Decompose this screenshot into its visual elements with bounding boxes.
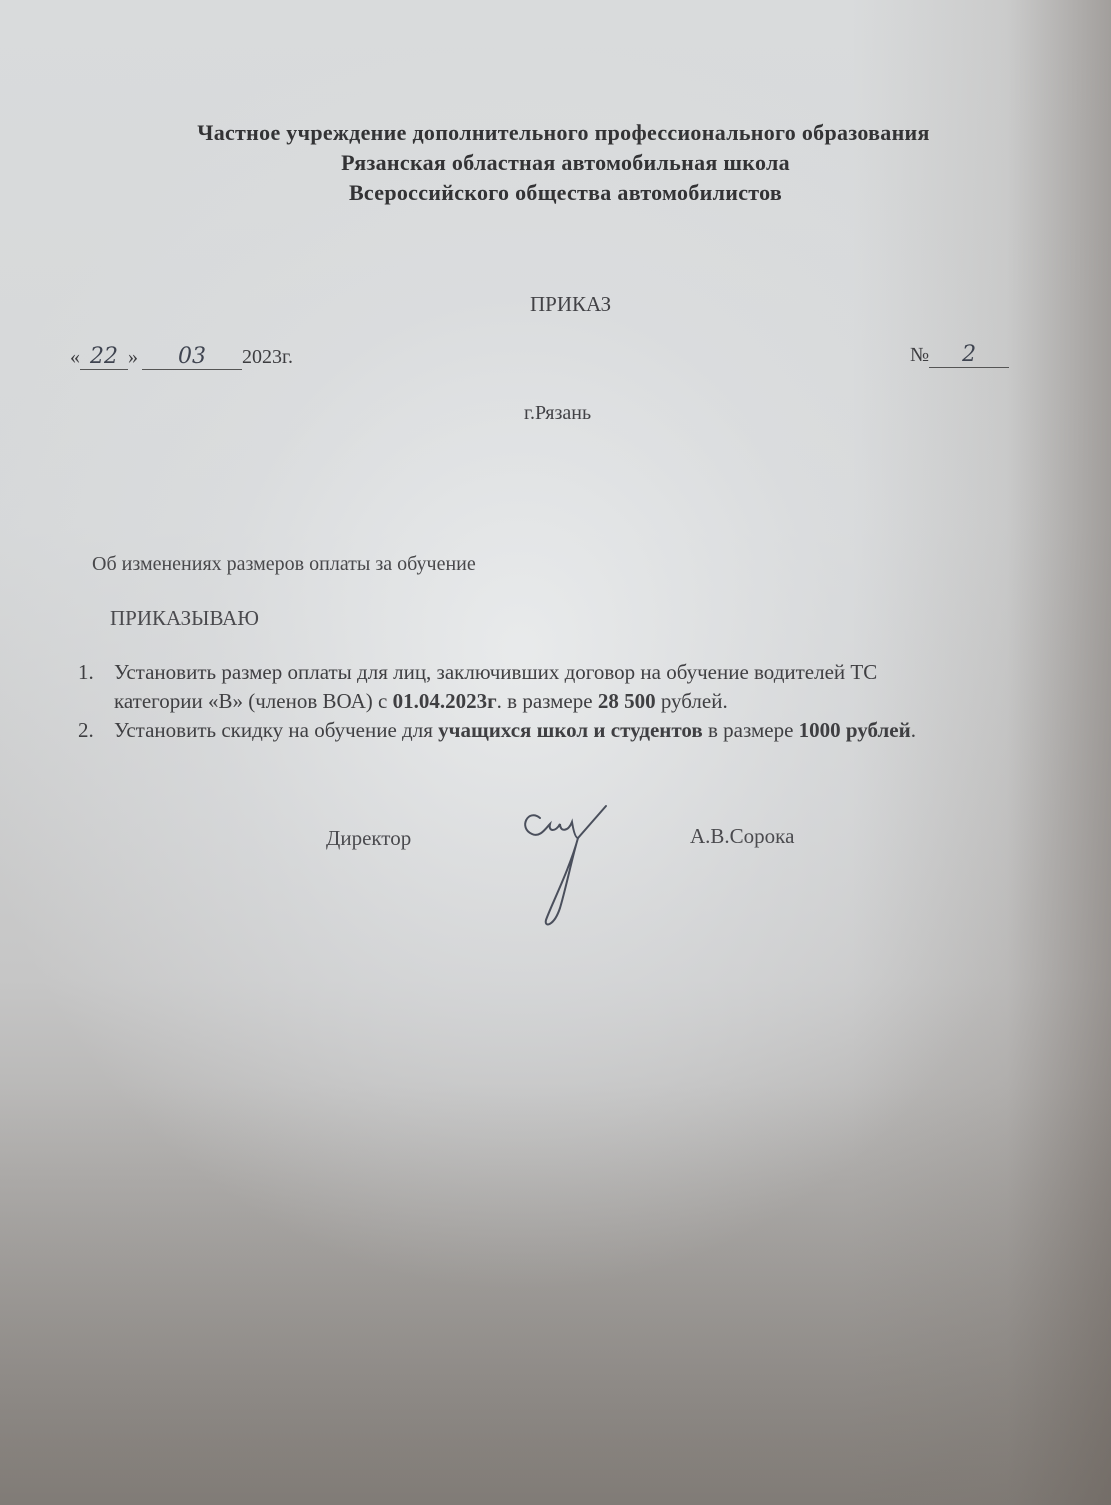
city: г.Рязань xyxy=(524,402,591,425)
discount-recipients: учащихся школ и студентов xyxy=(438,718,703,742)
item-number: 1. xyxy=(78,658,114,716)
item-text-line: рублей. xyxy=(656,689,728,713)
discount-amount: 1000 рублей xyxy=(799,718,911,742)
order-item: 1. Установить размер оплаты для лиц, зак… xyxy=(78,658,916,716)
org-name-line-2: Рязанская областная автомобильная школа xyxy=(10,150,1111,176)
order-item: 2. Установить скидку на обучение для уча… xyxy=(78,716,916,745)
item-text-line: Установить скидку на обучение для xyxy=(114,718,438,742)
item-text-line: в размере xyxy=(703,718,799,742)
effective-date: 01.04.2023г xyxy=(393,689,497,713)
number-value: 2 xyxy=(929,342,1009,368)
item-number: 2. xyxy=(78,716,114,745)
order-number: №2 xyxy=(910,342,1009,368)
order-items: 1. Установить размер оплаты для лиц, зак… xyxy=(78,658,916,745)
item-text-line: Установить размер оплаты для лиц, заключ… xyxy=(114,660,877,684)
org-name-line-1: Частное учреждение дополнительного профе… xyxy=(8,120,1111,146)
org-name-line-3: Всероссийского общества автомобилистов xyxy=(10,180,1111,206)
item-text-line: . в размере xyxy=(497,689,598,713)
signatory-role: Директор xyxy=(326,826,411,851)
item-text-line: категории «В» (членов ВОА) с xyxy=(114,689,393,713)
date-open-quote: « xyxy=(70,346,80,368)
date-year: 2023г. xyxy=(242,346,293,368)
order-subject: Об изменениях размеров оплаты за обучени… xyxy=(92,553,476,576)
handwritten-signature-icon xyxy=(510,798,620,928)
order-date: «22»032023г. xyxy=(70,344,293,370)
paper-shadow-bottom xyxy=(0,1085,1111,1505)
item-text: Установить скидку на обучение для учащих… xyxy=(114,716,916,745)
item-text: Установить размер оплаты для лиц, заключ… xyxy=(114,658,877,716)
number-label: № xyxy=(910,344,929,366)
date-month: 03 xyxy=(142,344,242,370)
document-title: ПРИКАЗ xyxy=(530,292,611,317)
order-verb: ПРИКАЗЫВАЮ xyxy=(110,606,259,631)
paper-shadow-right xyxy=(851,0,1111,1505)
date-day: 22 xyxy=(80,344,128,370)
signatory-name: А.В.Сорока xyxy=(690,824,794,849)
date-close-quote: » xyxy=(128,346,138,368)
item-text-line: . xyxy=(911,718,916,742)
price-amount: 28 500 xyxy=(598,689,656,713)
